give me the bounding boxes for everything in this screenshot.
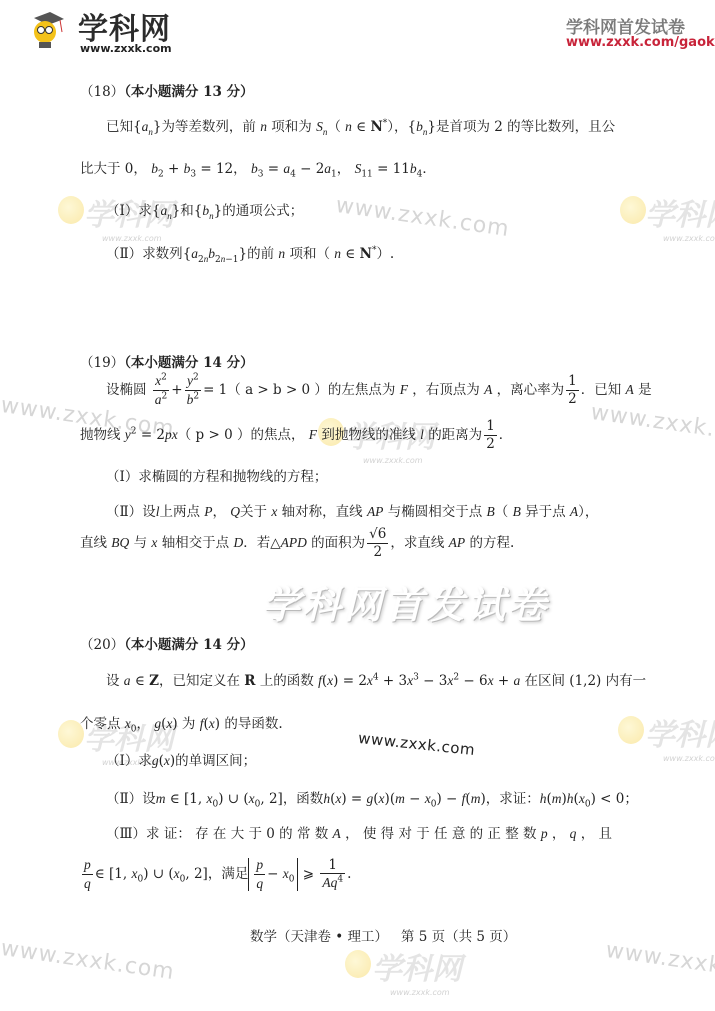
question-part-1: （Ⅰ）求g(x)的单调区间； bbox=[106, 749, 256, 769]
watermark-url-dark: www.zxxk.com bbox=[357, 729, 476, 759]
fraction: y2b2 bbox=[185, 374, 201, 407]
question-stem-line: 设 a ∈ Z，已知定义在 R 上的函数 f(x) = 2x4 + 3x3 − … bbox=[106, 669, 646, 689]
question-part-2: （Ⅱ）求数列{a2nb2n−1}的前 n 项和（ n ∈ N*）. bbox=[106, 242, 394, 262]
question-stem-line: 比大于 0， b2 + b3 = 12， b3 = a4 − 2a1， S11 … bbox=[80, 157, 436, 177]
fraction: 1Aq4 bbox=[320, 859, 345, 891]
watermark-url: www.zxxk.com bbox=[0, 936, 176, 985]
watermark-mascot-icon bbox=[345, 950, 371, 978]
fraction: 12 bbox=[566, 375, 579, 406]
fraction: pq bbox=[82, 858, 93, 891]
watermark-mascot-icon bbox=[58, 196, 84, 224]
logo-url: www.zxxk.com bbox=[80, 42, 172, 55]
question-part-1: （Ⅰ）求{an}和{bn}的通项公式； bbox=[106, 199, 303, 219]
question-stem-line: 已知{an}为等差数列，前 n 项和为 Sn（ n ∈ N*），{bn}是首项为… bbox=[106, 115, 615, 135]
watermark-logo: 学科网www.zxxk.com bbox=[645, 710, 715, 763]
mascot-logo-icon bbox=[30, 12, 64, 48]
question-heading: （19）（本小题满分 14 分） bbox=[80, 351, 254, 371]
question-stem-line: 抛物线 y2 = 2px（ p > 0 ）的焦点， F 到抛物线的准线 l 的距… bbox=[80, 420, 512, 451]
question-part-2: （Ⅱ）设m ∈ [1, x0) ∪ (x0, 2]，函数h(x) = g(x)(… bbox=[106, 787, 638, 807]
page-footer: 数学（天津卷 • 理工） 第 5 页（共 5 页） bbox=[250, 925, 516, 945]
watermark-logo: 学科网www.zxxk.com bbox=[645, 190, 715, 243]
watermark-logo: 学科网www.zxxk.com bbox=[372, 944, 462, 997]
question-part-1: （Ⅰ）求椭圆的方程和抛物线的方程； bbox=[106, 465, 327, 485]
fraction: 12 bbox=[484, 420, 497, 451]
fraction: √62 bbox=[367, 528, 388, 559]
watermark-url: www.zxxk.com bbox=[334, 193, 511, 242]
header-right-url[interactable]: www.zxxk.com/gaok bbox=[566, 35, 715, 50]
question-stem-line: 设椭圆 x2a2+y2b2= 1（ a > b > 0 ）的左焦点为 F ，右顶… bbox=[106, 374, 652, 407]
absolute-value: pq− x0 bbox=[248, 858, 298, 891]
watermark-mascot-icon bbox=[620, 196, 646, 224]
question-part-2-cont: 直线 BQ 与 x 轴相交于点 D．若△APD 的面积为√62，求直线 AP 的… bbox=[80, 528, 514, 559]
question-part-3-cont: pq∈ [1, x0) ∪ (x0, 2]，满足pq− x0 ⩾ 1Aq4. bbox=[80, 858, 351, 891]
watermark-mascot-icon bbox=[618, 716, 644, 744]
watermark-banner: 学科网首发试卷 bbox=[262, 574, 549, 629]
question-heading: （20）（本小题满分 14 分） bbox=[80, 633, 254, 653]
watermark-url: www.zxxk.com bbox=[604, 938, 715, 987]
question-stem-line: 个零点 x0， g(x) 为 f(x) 的导函数. bbox=[80, 712, 283, 732]
watermark-url: www.zxxk.com bbox=[589, 400, 715, 449]
fraction: x2a2 bbox=[153, 374, 169, 407]
question-part-2: （Ⅱ）设l上两点 P， Q关于 x 轴对称，直线 AP 与椭圆相交于点 B（ B… bbox=[106, 500, 598, 520]
question-heading: （18）（本小题满分 13 分） bbox=[80, 80, 254, 100]
question-part-3: （Ⅲ）求 证： 存 在 大 于 0 的 常 数 A ， 使 得 对 于 任 意 … bbox=[106, 822, 612, 842]
